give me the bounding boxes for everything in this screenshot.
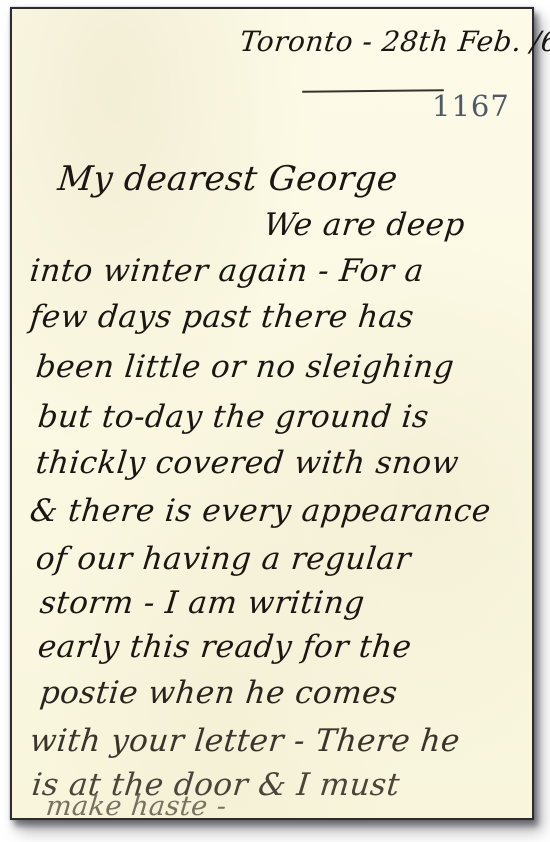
- letter-line: of our having a regular: [34, 541, 413, 577]
- letter-line: make haste -: [44, 791, 228, 822]
- letter-line: & there is every appearance: [28, 493, 493, 529]
- letter-line: been little or no sleighing: [34, 349, 456, 385]
- letter-line: thickly covered with snow: [34, 445, 461, 481]
- letter-line: with your letter - There he: [28, 723, 462, 759]
- date-underline: [302, 89, 444, 92]
- letter-line: into winter again - For a: [28, 253, 426, 289]
- letter-line: postie when he comes: [38, 675, 399, 711]
- letter-line: We are deep: [262, 207, 467, 243]
- letter-line: early this ready for the: [36, 629, 413, 665]
- letter-line: but to-day the ground is: [36, 399, 431, 435]
- letter-line: storm - I am writing: [38, 585, 367, 621]
- letter-viewer: Toronto - 28th Feb. /65: 1167 My dearest…: [0, 0, 550, 842]
- place-date-heading: Toronto - 28th Feb. /65:: [238, 25, 550, 58]
- letter-page: Toronto - 28th Feb. /65: 1167 My dearest…: [10, 7, 534, 820]
- archive-number-stamp: 1167: [432, 89, 510, 123]
- salutation: My dearest George: [56, 159, 400, 199]
- letter-line: few days past there has: [28, 299, 416, 335]
